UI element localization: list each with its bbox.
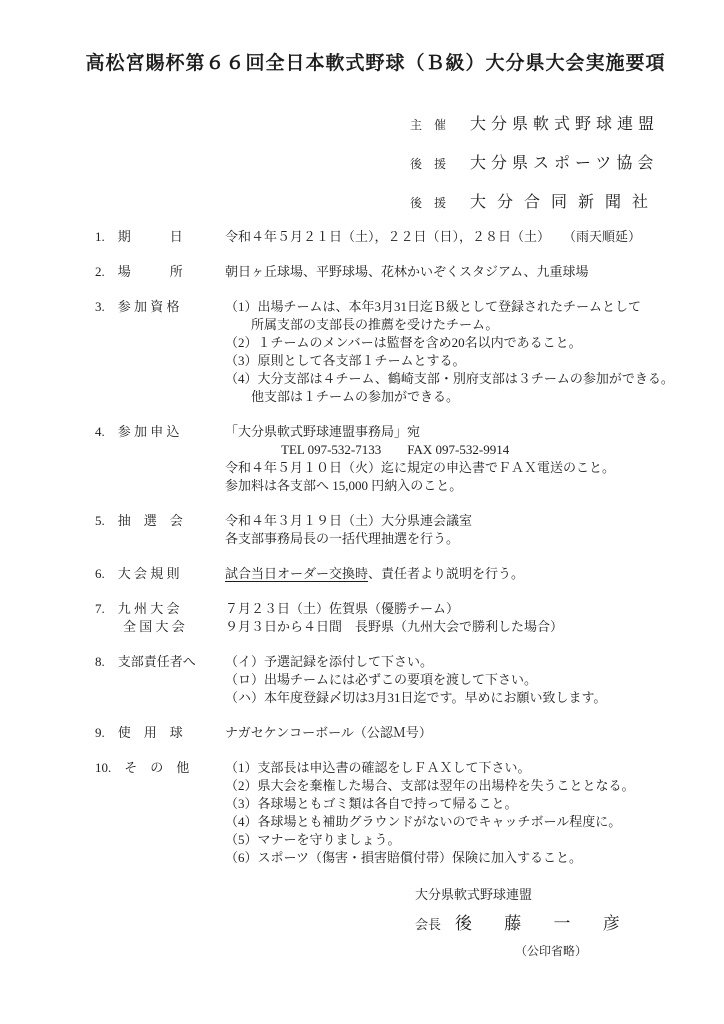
item-label: 10. そ の 他 (95, 759, 225, 777)
item-row-date: 1. 期 日 令和４年５月２１日（土），２２日（日），２８日（土） （雨天順延） (95, 228, 684, 246)
item-line-rest: 、責任者より説明を行う。 (368, 566, 524, 581)
item-line: 各支部事務局長の一括代理抽選を行う。 (225, 530, 684, 548)
item-line: 所属支部の支部長の推薦を受けたチーム。 (225, 316, 684, 334)
item-label: 9. 使 用 球 (95, 724, 225, 742)
organizer-role: 後 援 (410, 155, 470, 172)
document-title: 高松宮賜杯第６６回全日本軟式野球（Ｂ級）大分県大会実施要項 (67, 48, 684, 75)
organizers-block: 主 催 大分県軟式野球連盟 後 援 大分県スポーツ協会 後 援 大分合同新聞社 (410, 111, 684, 212)
organizer-row: 後 援 大分県スポーツ協会 (410, 150, 684, 173)
item-label: 1. 期 日 (95, 228, 225, 246)
organizer-role: 主 催 (410, 116, 470, 133)
organizer-name: 大分県スポーツ協会 (470, 150, 658, 173)
item-row-kyushu-national: 7. 九 州 大 会 全 国 大 会 ７月２３日（土）佐賀県（優勝チーム） ９月… (95, 600, 684, 636)
item-label: 6. 大 会 規 則 (95, 565, 225, 583)
item-row-eligibility: 3. 参 加 資 格 （1）出場チームは、本年3月31日迄Ｂ級として登録されたチ… (95, 298, 684, 406)
item-line: （5）マナーを守りましょう。 (225, 831, 684, 849)
item-line: （6）スポーツ（傷害・損害賠償付帯）保険に加入すること。 (225, 849, 684, 867)
item-line: （イ）予選記録を添付して下さい。 (225, 653, 684, 671)
item-line: ７月２３日（土）佐賀県（優勝チーム） (225, 600, 684, 618)
item-sublabel: 全 国 大 会 (95, 618, 225, 636)
item-row-application: 4. 参 加 申 込 「大分県軟式野球連盟事務局」宛 TEL 097-532-7… (95, 423, 684, 495)
item-line: （4）各球場とも補助グラウンドがないのでキャッチボール程度に。 (225, 813, 684, 831)
item-label: 4. 参 加 申 込 (95, 423, 225, 441)
item-line: （3）原則として各支部１チームとする。 (225, 352, 684, 370)
item-line: 他支部は１チームの参加ができる。 (225, 388, 684, 406)
item-label: 3. 参 加 資 格 (95, 298, 225, 316)
item-row-others: 10. そ の 他 （1）支部長は申込書の確認をしＦＡＸして下さい。 （2）県大… (95, 759, 684, 867)
organizer-name: 大分県軟式野球連盟 (470, 111, 659, 134)
item-line: （1）出場チームは、本年3月31日迄Ｂ級として登録されたチームとして (225, 298, 684, 316)
item-line: 参加料は各支部へ 15,000 円納入のこと。 (225, 477, 684, 495)
item-label: 7. 九 州 大 会 (95, 600, 225, 618)
item-line: （2）１チームのメンバーは監督を含め20名以内であること。 (225, 334, 684, 352)
underlined-text: 試合当日オーダー交換時 (225, 566, 368, 582)
footer-signature: 会長 後 藤 一 彦 (415, 909, 684, 934)
item-row-rules: 6. 大 会 規 則 試合当日オーダー交換時、責任者より説明を行う。 (95, 565, 684, 583)
item-line: （3）各球場ともゴミ類は各自で持って帰ること。 (225, 795, 684, 813)
items-list: 1. 期 日 令和４年５月２１日（土），２２日（日），２８日（土） （雨天順延）… (95, 228, 684, 867)
item-line: （ハ）本年度登録〆切は3月31日迄です。早めにお願い致します。 (225, 689, 684, 707)
item-label: 8. 支部責任者へ (95, 653, 225, 671)
organizer-role: 後 援 (410, 194, 470, 211)
item-line: （1）支部長は申込書の確認をしＦＡＸして下さい。 (225, 759, 684, 777)
footer-chairman-title: 会長 (415, 914, 441, 933)
organizer-name: 大分合同新聞社 (470, 189, 659, 212)
item-line: （4）大分支部は４チーム、鶴崎支部・別府支部は３チームの参加ができる。 (225, 370, 684, 388)
item-line: （ロ）出場チームには必ずこの要項を渡して下さい。 (225, 671, 684, 689)
item-line: 令和４年５月１０日（火）迄に規定の申込書でＦＡＸ電送のこと。 (225, 459, 684, 477)
item-line-tel-fax: TEL 097-532-7133 FAX 097-532-9914 (225, 441, 684, 459)
item-line: 「大分県軟式野球連盟事務局」宛 (225, 423, 684, 441)
footer-chairman-name: 後 藤 一 彦 (455, 909, 634, 934)
organizer-row: 後 援 大分合同新聞社 (410, 189, 684, 212)
organizer-row: 主 催 大分県軟式野球連盟 (410, 111, 684, 134)
item-row-place: 2. 場 所 朝日ヶ丘球場、平野球場、花林かいぞくスタジアム、九重球場 (95, 263, 684, 281)
item-line: （2）県大会を棄権した場合、支部は翌年の出場枠を失うこととなる。 (225, 777, 684, 795)
footer-block: 大分県軟式野球連盟 会長 後 藤 一 彦 （公印省略） (415, 884, 684, 959)
item-line: ９月３日から４日間 長野県（九州大会で勝利した場合） (225, 618, 684, 636)
document-page: 高松宮賜杯第６６回全日本軟式野球（Ｂ級）大分県大会実施要項 主 催 大分県軟式野… (0, 0, 724, 1024)
item-label: 5. 抽 選 会 (95, 512, 225, 530)
footer-seal-note: （公印省略） (515, 942, 684, 959)
item-line: 朝日ヶ丘球場、平野球場、花林かいぞくスタジアム、九重球場 (225, 263, 684, 281)
item-line: 令和４年３月１９日（土）大分県連会議室 (225, 512, 684, 530)
item-line: 令和４年５月２１日（土），２２日（日），２８日（土） （雨天順延） (225, 228, 684, 246)
item-line: ナガセケンコーボール（公認Ｍ号） (225, 724, 684, 742)
item-row-lottery: 5. 抽 選 会 令和４年３月１９日（土）大分県連会議室 各支部事務局長の一括代… (95, 512, 684, 548)
item-row-branch-managers: 8. 支部責任者へ （イ）予選記録を添付して下さい。 （ロ）出場チームには必ずこ… (95, 653, 684, 707)
item-label: 2. 場 所 (95, 263, 225, 281)
item-line: 試合当日オーダー交換時、責任者より説明を行う。 (225, 565, 684, 583)
item-row-ball: 9. 使 用 球 ナガセケンコーボール（公認Ｍ号） (95, 724, 684, 742)
footer-organization: 大分県軟式野球連盟 (415, 884, 684, 903)
